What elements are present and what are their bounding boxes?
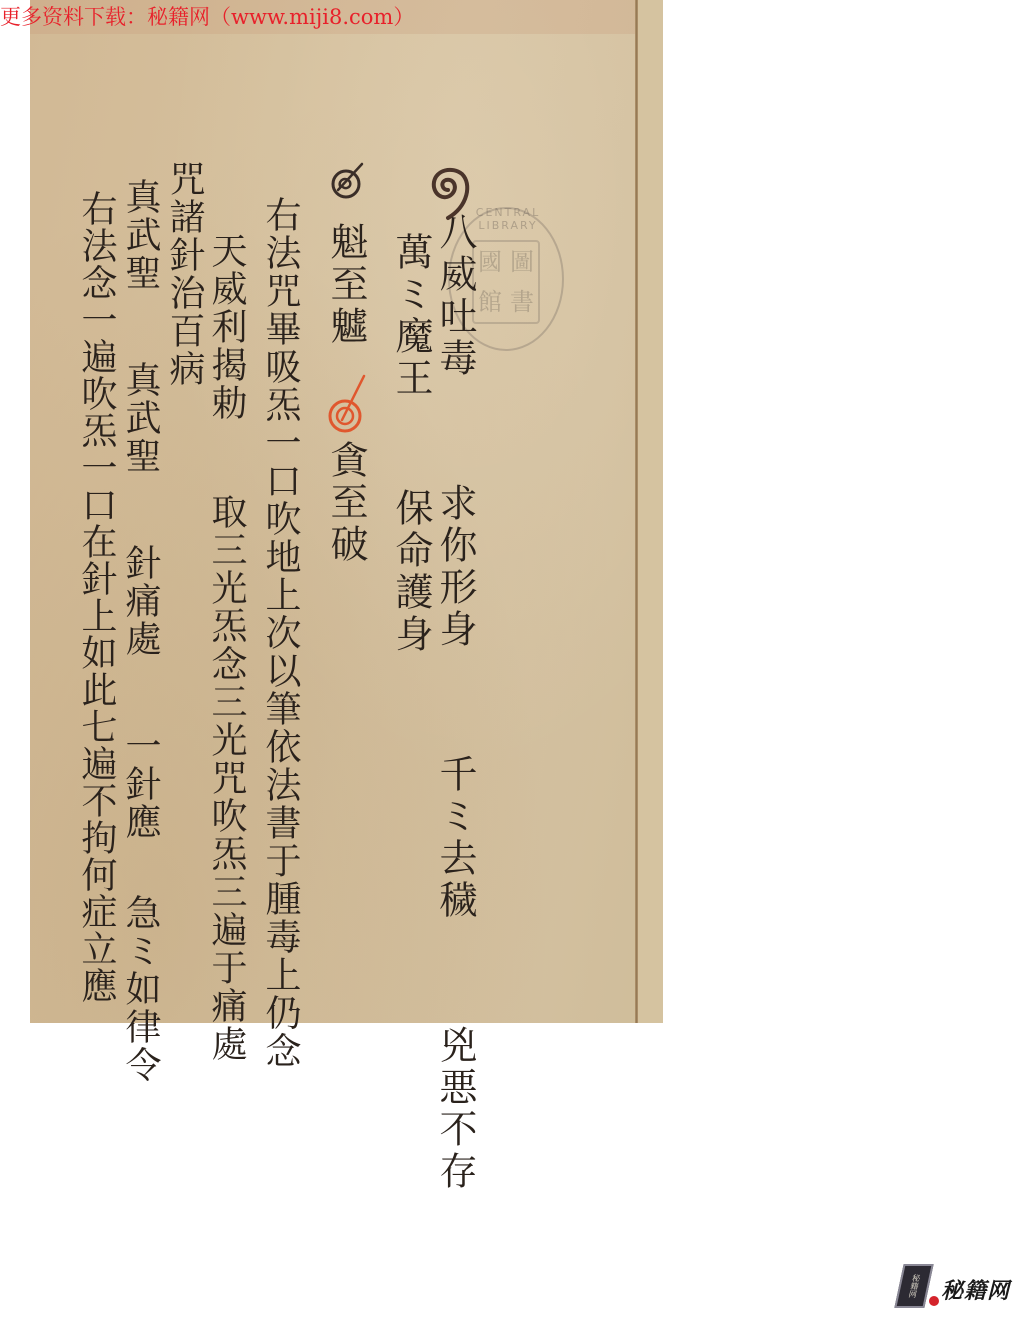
text-segment: 八威吐毒 (436, 212, 474, 380)
manuscript-column: 貪至破 (327, 440, 365, 566)
text-segment: 右法念一遍吹炁一口在針上如此七遍不拘何症立應 (78, 190, 114, 1004)
red-seal-icon (929, 1296, 939, 1306)
stamp-char: 圖 (506, 242, 538, 282)
text-segment: 真武聖 (122, 178, 158, 292)
text-segment: 求你形身 (436, 483, 474, 651)
spiral-mark-icon (322, 160, 372, 205)
manuscript-column: 八威吐毒 求你形身 千ミ去穢 兇悪不存 (436, 212, 474, 1193)
text-segment: 取三光炁念三光咒吹炁三遍于痛處 (208, 493, 244, 1063)
text-segment: 真武聖 (122, 361, 158, 475)
stamp-char: 國 (474, 242, 506, 282)
manuscript-column: 天威利揭勅 取三光炁念三光咒吹炁三遍于痛處 (208, 232, 244, 1063)
text-segment: 針痛處 (122, 544, 158, 658)
logo-text: 秘籍网 (941, 1274, 1010, 1305)
manuscript-column: 右法念一遍吹炁一口在針上如此七遍不拘何症立應 (78, 190, 114, 1004)
text-segment: 一針應 (122, 727, 158, 841)
stamp-char: 書 (506, 282, 538, 322)
text-segment: 兇悪不存 (436, 1025, 474, 1193)
text-segment: 天威利揭勅 (208, 232, 244, 422)
stamp-char: 館 (474, 282, 506, 322)
manuscript-column: 真武聖 真武聖 針痛處 一針應 急ミ如律令 (122, 178, 158, 1084)
text-segment: 魁至魖 (327, 222, 365, 348)
text-segment: 萬ミ魔王 (392, 232, 430, 400)
red-spiral-mark-icon (322, 372, 372, 437)
text-segment: 保命護身 (392, 488, 430, 656)
stamp-seal-chars: 國 圖 館 書 (472, 240, 540, 324)
watermark-header: 更多资料下载：秘籍网（www.miji8.com） (0, 0, 414, 34)
manuscript-column: 魁至魖 (327, 222, 365, 348)
manuscript-column: 右法咒畢吸炁一口吹地上次以筆依法書于腫毒上仍念 (262, 196, 298, 1070)
site-logo[interactable]: 秘籍网 秘籍网 (893, 1262, 1013, 1312)
text-segment: 千ミ去穢 (436, 754, 474, 922)
text-segment: 急ミ如律令 (122, 894, 158, 1084)
text-segment: 貪至破 (327, 440, 365, 566)
book-icon: 秘籍网 (894, 1264, 933, 1308)
manuscript-column: 萬ミ魔王 保命護身 (392, 232, 430, 656)
manuscript-column: 咒諸針治百病 (166, 160, 202, 388)
text-segment: 咒諸針治百病 (166, 160, 202, 388)
page-edge-strip (638, 0, 663, 1023)
text-segment: 右法咒畢吸炁一口吹地上次以筆依法書于腫毒上仍念 (262, 196, 298, 1070)
